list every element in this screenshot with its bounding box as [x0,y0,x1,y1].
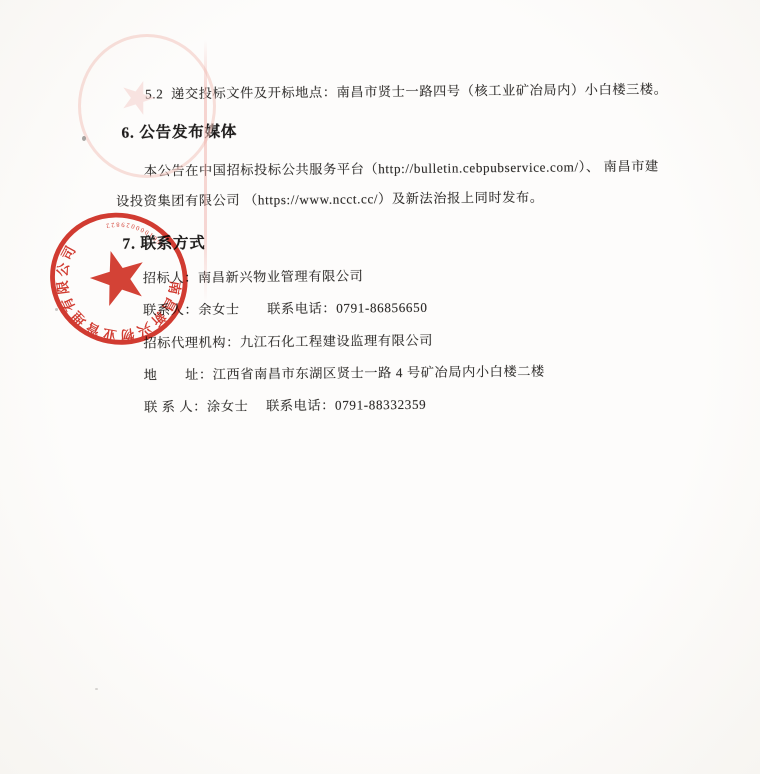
bleedthrough-streak [204,40,207,302]
agency-contact-line: 联 系 人：涂女士 联系电话：0791-88332359 [144,394,426,416]
scanned-document-page: ★ 5.2 递交投标文件及开标地点：南昌市贤士一路四号（核工业矿冶局内）小白楼三… [0,0,760,774]
scan-speck [55,308,58,311]
section-6-paragraph-line-1: 本公告在中国招标投标公共服务平台（http://bulletin.cebpubs… [144,156,659,180]
company-seal-stamp: 南昌新兴物业管理有限公司 3601000029822 [34,199,204,359]
scan-speck [82,136,86,141]
agency-address-line: 地 址：江西省南昌市东湖区贤士一路 4 号矿冶局内小白楼二楼 [144,361,545,384]
scan-speck [95,688,98,690]
clause-5-2-line: 5.2 递交投标文件及开标地点：南昌市贤士一路四号（核工业矿冶局内）小白楼三楼。 [145,78,668,102]
seal-star-icon [83,247,152,315]
